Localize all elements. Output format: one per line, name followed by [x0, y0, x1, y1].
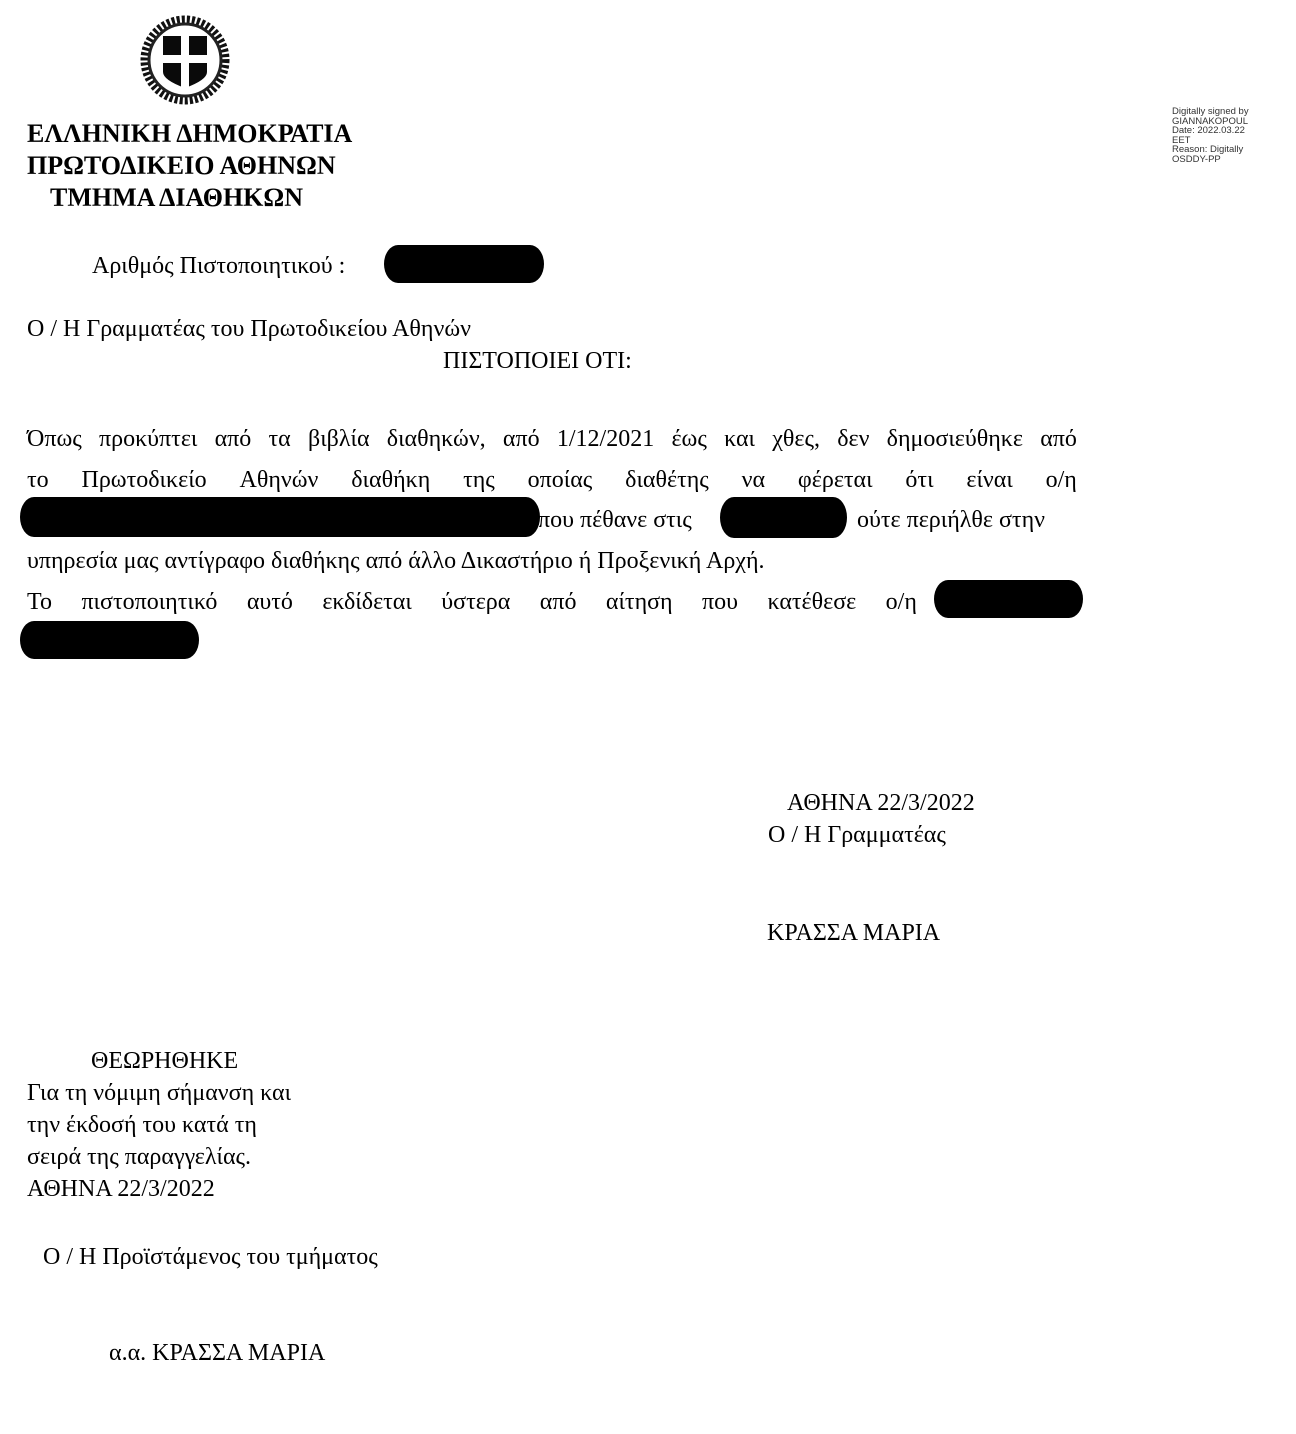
body-word: τα [269, 424, 291, 454]
body-word: από [1040, 424, 1077, 454]
body-word: ότι [905, 465, 933, 495]
body-word: βιβλία [308, 424, 370, 454]
body-word: Το [27, 587, 52, 617]
body-word: έως [671, 424, 706, 454]
body-word: διαθέτης [625, 465, 709, 495]
redacted-date-of-death [720, 497, 847, 538]
redacted-applicant-name-continued [20, 621, 199, 659]
endorsement-line: Για τη νόμιμη σήμανση και [27, 1078, 291, 1108]
header-line-court: ΠΡΩΤΟΔΙΚΕΙΟ ΑΘΗΝΩΝ [27, 150, 336, 182]
body-word: χθες, [772, 424, 820, 454]
head-of-department-name: α.α. ΚΡΑΣΣΑ ΜΑΡΙΑ [109, 1338, 325, 1368]
redacted-deceased-name [20, 497, 540, 537]
body-word: Πρωτοδικείο [82, 465, 207, 495]
endorsement-line: σειρά της παραγγελίας. [27, 1142, 251, 1172]
body-word: διαθηκών, [387, 424, 486, 454]
certifies-heading: ΠΙΣΤΟΠΟΙΕΙ ΟΤΙ: [443, 346, 632, 376]
secretary-place-date: ΑΘΗΝΑ 22/3/2022 [787, 788, 975, 818]
endorsement-title: ΘΕΩΡΗΘΗΚΕ [91, 1046, 238, 1076]
body-word: διαθήκη [351, 465, 430, 495]
header-line-department: ΤΜΗΜΑ ΔΙΑΘΗΚΩΝ [50, 182, 303, 214]
body-word: φέρεται [798, 465, 873, 495]
certificate-number-label: Αριθμός Πιστοποιητικού : [92, 251, 345, 281]
body-word: από [215, 424, 252, 454]
redacted-applicant-name [934, 580, 1083, 618]
issuer-line: Ο / Η Γραμματέας του Πρωτοδικείου Αθηνών [27, 314, 471, 344]
body-line-1: Όπωςπροκύπτειαπόταβιβλίαδιαθηκών,από1/12… [27, 424, 1077, 454]
body-line-3-died-on: που πέθανε στις [538, 505, 692, 535]
body-word: να [742, 465, 765, 495]
body-word: δημοσιεύθηκε [887, 424, 1023, 454]
body-word: πιστοποιητικό [81, 587, 217, 617]
greek-coat-of-arms-icon [139, 14, 231, 106]
body-word: από [503, 424, 540, 454]
body-word: 1/12/2021 [557, 424, 654, 454]
secretary-name: ΚΡΑΣΣΑ ΜΑΡΙΑ [767, 918, 940, 948]
body-word: από [540, 587, 577, 617]
body-word: εκδίδεται [322, 587, 411, 617]
body-line-3-rest: ούτε περιήλθε στην [857, 505, 1045, 535]
body-word: Αθηνών [240, 465, 319, 495]
endorsement-line: την έκδοσή του κατά τη [27, 1110, 257, 1140]
redacted-certificate-number [384, 245, 544, 283]
head-of-department-role: Ο / Η Προϊστάμενος του τμήματος [43, 1242, 378, 1272]
body-line-2: τοΠρωτοδικείοΑθηνώνδιαθήκητηςοποίαςδιαθέ… [27, 465, 1077, 495]
body-line-5: Τοπιστοποιητικόαυτόεκδίδεταιύστερααπόαίτ… [27, 587, 917, 617]
body-word: ο/η [1046, 465, 1077, 495]
body-line-4: υπηρεσία μας αντίγραφο διαθήκης από άλλο… [27, 546, 765, 576]
body-word: και [724, 424, 755, 454]
body-word: είναι [966, 465, 1012, 495]
body-word: που [702, 587, 738, 617]
body-word: αυτό [247, 587, 293, 617]
body-word: οποίας [528, 465, 593, 495]
body-word: προκύπτει [99, 424, 197, 454]
body-word: αίτηση [606, 587, 673, 617]
digital-signature-stamp: Digitally signed by GIANNAKOPOUL Date: 2… [1172, 107, 1262, 165]
endorsement-place-date: ΑΘΗΝΑ 22/3/2022 [27, 1174, 215, 1204]
body-word: Όπως [27, 424, 82, 454]
body-word: δεν [837, 424, 869, 454]
signature-line: OSDDY-PP [1172, 155, 1262, 165]
body-word: το [27, 465, 49, 495]
body-word: της [463, 465, 495, 495]
header-line-republic: ΕΛΛΗΝΙΚΗ ΔΗΜΟΚΡΑΤΙΑ [27, 118, 352, 150]
body-word: ύστερα [441, 587, 510, 617]
body-word: ο/η [886, 587, 917, 617]
body-word: κατέθεσε [767, 587, 856, 617]
secretary-role: Ο / Η Γραμματέας [768, 820, 946, 850]
